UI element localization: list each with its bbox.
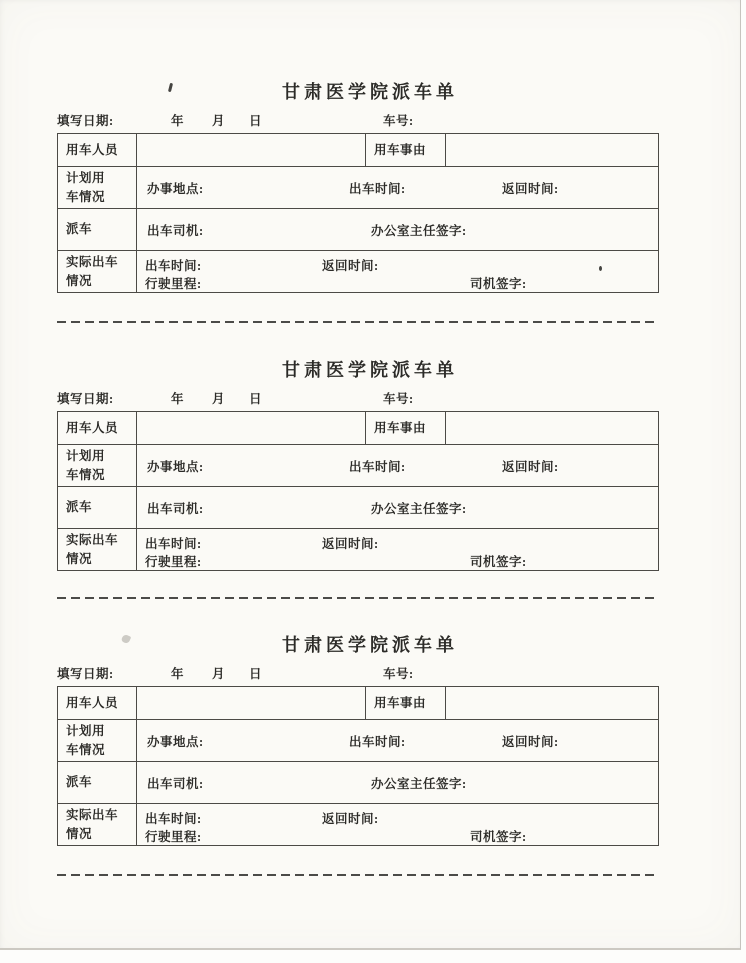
user-field-cell (137, 687, 366, 720)
dispatch-driver-label: 出车司机: (147, 221, 204, 239)
year-label: 年 (171, 664, 184, 682)
day-label: 日 (249, 389, 262, 407)
user-field-cell (137, 134, 366, 167)
actual-fields-cell: 出车时间: 返回时间: 行驶里程: 司机签字: (137, 529, 659, 571)
office-director-sign-label: 办公室主任签字: (371, 499, 467, 517)
plan-fields-cell: 办事地点: 出车时间: 返回时间: (137, 445, 659, 487)
form-header-line: 填写日期: 年 月 日 车号: (0, 389, 740, 406)
plan-depart-time-label: 出车时间: (349, 457, 406, 475)
form-slot-2: 甘肃医学院派车单 填写日期: 年 月 日 车号: 用车人员 用车事由 计划用 车… (0, 356, 740, 616)
plan-place-label: 办事地点: (147, 179, 204, 197)
row-actual-dispatch: 实际出车 情况 出车时间: 返回时间: 行驶里程: 司机签字: (58, 804, 659, 846)
cut-line-2 (57, 597, 655, 599)
actual-fields-cell: 出车时间: 返回时间: 行驶里程: 司机签字: (137, 251, 659, 293)
actual-row-label: 实际出车 情况 (58, 529, 137, 571)
plan-return-time-label: 返回时间: (502, 457, 559, 475)
reason-label: 用车事由 (366, 134, 446, 167)
reason-field-cell (446, 134, 659, 167)
form-title: 甘肃医学院派车单 (0, 356, 740, 378)
vehicle-no-label: 车号: (383, 111, 414, 129)
year-label: 年 (171, 389, 184, 407)
actual-return-time-label: 返回时间: (322, 809, 379, 827)
dispatch-fields-cell: 出车司机: 办公室主任签字: (137, 209, 659, 251)
fill-date-label: 填写日期: (57, 111, 114, 129)
scanned-paper: 甘肃医学院派车单 填写日期: 年 月 日 车号: 用车人员 用车事由 计划用 车… (0, 0, 741, 950)
dispatch-fields-cell: 出车司机: 办公室主任签字: (137, 487, 659, 529)
month-label: 月 (212, 111, 225, 129)
cut-line-3 (57, 874, 655, 876)
actual-row-label-line2: 情况 (66, 550, 136, 568)
plan-row-label: 计划用 车情况 (58, 720, 137, 762)
day-label: 日 (249, 664, 262, 682)
actual-fields-cell: 出车时间: 返回时间: 行驶里程: 司机签字: (137, 804, 659, 846)
row-planned-use: 计划用 车情况 办事地点: 出车时间: 返回时间: (58, 445, 659, 487)
actual-depart-time-label: 出车时间: (145, 256, 202, 274)
form-header-line: 填写日期: 年 月 日 车号: (0, 111, 740, 128)
row-actual-dispatch: 实际出车 情况 出车时间: 返回时间: 行驶里程: 司机签字: (58, 251, 659, 293)
plan-row-label-line1: 计划用 (66, 722, 136, 740)
row-vehicle-user: 用车人员 用车事由 (58, 687, 659, 720)
user-row-label: 用车人员 (58, 134, 137, 167)
actual-row-label-line2: 情况 (66, 825, 136, 843)
form-title: 甘肃医学院派车单 (0, 78, 740, 100)
dispatch-row-label: 派车 (58, 762, 137, 804)
actual-row-label: 实际出车 情况 (58, 804, 137, 846)
plan-depart-time-label: 出车时间: (349, 732, 406, 750)
reason-label: 用车事由 (366, 412, 446, 445)
actual-row-label-line2: 情况 (66, 272, 136, 290)
actual-mileage-label: 行驶里程: (145, 827, 202, 845)
dispatch-fields-cell: 出车司机: 办公室主任签字: (137, 762, 659, 804)
plan-fields-cell: 办事地点: 出车时间: 返回时间: (137, 720, 659, 762)
plan-place-label: 办事地点: (147, 457, 204, 475)
actual-return-time-label: 返回时间: (322, 256, 379, 274)
office-director-sign-label: 办公室主任签字: (371, 221, 467, 239)
row-dispatch: 派车 出车司机: 办公室主任签字: (58, 209, 659, 251)
row-actual-dispatch: 实际出车 情况 出车时间: 返回时间: 行驶里程: 司机签字: (58, 529, 659, 571)
dispatch-driver-label: 出车司机: (147, 774, 204, 792)
plan-depart-time-label: 出车时间: (349, 179, 406, 197)
plan-place-label: 办事地点: (147, 732, 204, 750)
dispatch-row-label: 派车 (58, 209, 137, 251)
row-dispatch: 派车 出车司机: 办公室主任签字: (58, 762, 659, 804)
plan-row-label-line2: 车情况 (66, 466, 136, 484)
dispatch-form: 甘肃医学院派车单 填写日期: 年 月 日 车号: 用车人员 用车事由 计划用 车… (0, 356, 740, 616)
actual-mileage-label: 行驶里程: (145, 274, 202, 292)
dispatch-table: 用车人员 用车事由 计划用 车情况 办事地点: 出车时间: 返回时间: 派车 (57, 133, 659, 293)
actual-row-label-line1: 实际出车 (66, 531, 136, 549)
plan-row-label: 计划用 车情况 (58, 167, 137, 209)
dispatch-form: 甘肃医学院派车单 填写日期: 年 月 日 车号: 用车人员 用车事由 计划用 车… (0, 631, 740, 891)
reason-field-cell (446, 412, 659, 445)
form-title: 甘肃医学院派车单 (0, 631, 740, 653)
dispatch-form: 甘肃医学院派车单 填写日期: 年 月 日 车号: 用车人员 用车事由 计划用 车… (0, 78, 740, 338)
cut-line-1 (57, 321, 655, 323)
form-slot-3: 甘肃医学院派车单 填写日期: 年 月 日 车号: 用车人员 用车事由 计划用 车… (0, 631, 740, 891)
form-slot-1: 甘肃医学院派车单 填写日期: 年 月 日 车号: 用车人员 用车事由 计划用 车… (0, 78, 740, 338)
row-vehicle-user: 用车人员 用车事由 (58, 412, 659, 445)
dispatch-driver-label: 出车司机: (147, 499, 204, 517)
reason-field-cell (446, 687, 659, 720)
actual-row-label: 实际出车 情况 (58, 251, 137, 293)
actual-depart-time-label: 出车时间: (145, 809, 202, 827)
actual-depart-time-label: 出车时间: (145, 534, 202, 552)
reason-label: 用车事由 (366, 687, 446, 720)
actual-row-label-line1: 实际出车 (66, 253, 136, 271)
plan-return-time-label: 返回时间: (502, 732, 559, 750)
vehicle-no-label: 车号: (383, 664, 414, 682)
user-row-label: 用车人员 (58, 412, 137, 445)
actual-row-label-line1: 实际出车 (66, 806, 136, 824)
dispatch-table: 用车人员 用车事由 计划用 车情况 办事地点: 出车时间: 返回时间: 派车 (57, 411, 659, 571)
plan-row-label-line1: 计划用 (66, 169, 136, 187)
actual-driver-sign-label: 司机签字: (470, 827, 527, 845)
dispatch-row-label: 派车 (58, 487, 137, 529)
plan-row-label-line2: 车情况 (66, 188, 136, 206)
day-label: 日 (249, 111, 262, 129)
row-vehicle-user: 用车人员 用车事由 (58, 134, 659, 167)
scanner-background: { "document_type": "scanned-paper-form",… (0, 0, 746, 963)
row-planned-use: 计划用 车情况 办事地点: 出车时间: 返回时间: (58, 167, 659, 209)
actual-return-time-label: 返回时间: (322, 534, 379, 552)
plan-fields-cell: 办事地点: 出车时间: 返回时间: (137, 167, 659, 209)
actual-driver-sign-label: 司机签字: (470, 274, 527, 292)
month-label: 月 (212, 389, 225, 407)
fill-date-label: 填写日期: (57, 664, 114, 682)
plan-row-label: 计划用 车情况 (58, 445, 137, 487)
month-label: 月 (212, 664, 225, 682)
year-label: 年 (171, 111, 184, 129)
actual-driver-sign-label: 司机签字: (470, 552, 527, 570)
dispatch-table: 用车人员 用车事由 计划用 车情况 办事地点: 出车时间: 返回时间: 派车 (57, 686, 659, 846)
row-dispatch: 派车 出车司机: 办公室主任签字: (58, 487, 659, 529)
plan-row-label-line1: 计划用 (66, 447, 136, 465)
fill-date-label: 填写日期: (57, 389, 114, 407)
user-row-label: 用车人员 (58, 687, 137, 720)
actual-mileage-label: 行驶里程: (145, 552, 202, 570)
vehicle-no-label: 车号: (383, 389, 414, 407)
scan-artifact-dot (599, 266, 602, 271)
form-header-line: 填写日期: 年 月 日 车号: (0, 664, 740, 681)
row-planned-use: 计划用 车情况 办事地点: 出车时间: 返回时间: (58, 720, 659, 762)
plan-row-label-line2: 车情况 (66, 741, 136, 759)
office-director-sign-label: 办公室主任签字: (371, 774, 467, 792)
plan-return-time-label: 返回时间: (502, 179, 559, 197)
user-field-cell (137, 412, 366, 445)
